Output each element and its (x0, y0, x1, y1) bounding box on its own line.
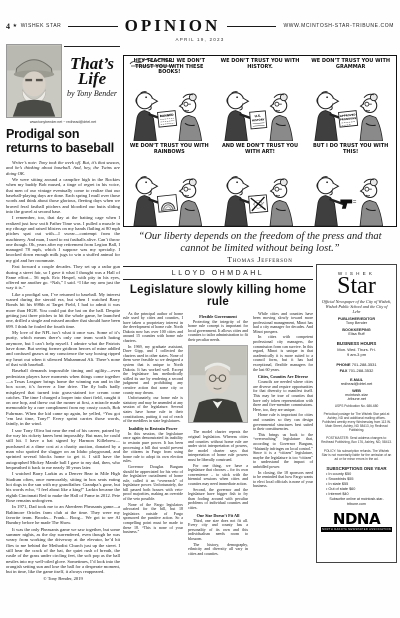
subheading: Flexible Government (188, 314, 248, 319)
phone-number: 701-288-3531 (352, 362, 377, 367)
fax-label: FAX (340, 368, 348, 373)
postage-notice: Periodical postage for The Wishek Star p… (321, 413, 392, 433)
article-column-1: As the principal author of home rule use… (123, 312, 183, 558)
star-icon: ★ (13, 23, 18, 29)
paragraph: Councils are needed where cities are div… (253, 380, 313, 412)
page-header: 4 ★ WISHEK STAR OPINION WWW.MCINTOSH-STA… (6, 16, 394, 42)
quote-attribution: Thomas Jefferson (123, 255, 397, 264)
cartoon-panel-rainbows: WE DON’T TRUST YOU WITH RAINBOWS (124, 141, 215, 226)
panel-figures: U.S. HISTORY (215, 84, 304, 141)
panel-figures (124, 169, 213, 226)
tony-bender-photo (6, 44, 62, 118)
article-headline: Legislature slowly killing home rule (123, 284, 313, 308)
paragraph: Home rule is important for cities and co… (253, 413, 313, 431)
rainbow-sign (157, 195, 177, 213)
usps-line: USPS Publication No. 686-680 (321, 405, 392, 409)
page-number: 4 (6, 22, 11, 31)
paragraph: Writer’s note: Tony took the week off. B… (6, 160, 120, 176)
paragraph: Third, one size does not fit all. Every … (188, 519, 248, 542)
panel-caption: BUT I DO TRUST YOU WITH THIS! (305, 141, 396, 155)
paragraph: None of the Fargo legislators advocated … (123, 503, 183, 535)
panel-caption: AND WE DON’T TRUST YOU WITH ART! (215, 141, 306, 155)
paragraph: I watched Barry Larkin as a Denver Bear … (6, 471, 120, 503)
hours-time: 9 am-3 pm (321, 352, 392, 357)
ndna-tagline: NORTH DAKOTA NEWSPAPER ASSOCIATION (321, 527, 392, 532)
paragraph: In 1969, my graduate assistant, Dave Gip… (123, 345, 183, 396)
paragraph: Protecting the integrity of the home rul… (188, 320, 248, 343)
paragraph: Like a prodigal son, I’ve returned to ba… (6, 292, 120, 329)
thats-life-column: That’s Life by Tony Bender www.tonybende… (6, 44, 120, 581)
panel-figures: APPROVED PRONOUNS (305, 84, 394, 141)
phone-label: PHONE (336, 362, 350, 367)
lloyd-ohmdahl-photo (188, 345, 248, 423)
newspaper-page: 4 ★ WISHEK STAR OPINION WWW.MCINTOSH-STA… (0, 0, 400, 618)
cartoon-panel-gun: BUT I DO TRUST YOU WITH THIS! (305, 141, 396, 226)
svg-text:U.S.: U.S. (254, 114, 261, 119)
column-title-line2: Life (64, 71, 120, 86)
email-address: redhead@drtel.net (321, 382, 392, 386)
quote-text: “Our liberty depends on the freedom of t… (123, 231, 397, 254)
cartoon-panel-grammar: WE DON’T TRUST YOU WITH GRAMMAR APPROVED… (305, 56, 396, 141)
column-byline: by Tony Bender (64, 89, 120, 98)
hours-days: Mon. Wed. Thurs. Fri. (321, 347, 392, 352)
header-rule-left (68, 26, 117, 27)
cartoon-panel-history: WE DON’T TRUST YOU WITH HISTORY. U.S. HI… (215, 56, 306, 141)
fax-line: FAX 701-288-3532 (321, 368, 392, 373)
bookkeeping-name: Elisa Ruff (321, 332, 392, 336)
article-column-2: Flexible GovernmentProtecting the integr… (188, 312, 248, 558)
paragraph: I remember, too, that day at the batting… (6, 215, 120, 263)
paragraph: As the principal author of home rule use… (123, 312, 183, 344)
paragraph: This brings us back to the “overreaching… (253, 433, 313, 470)
cartoonist-signature (128, 58, 180, 67)
ndna-wordmark: NDNA (321, 512, 392, 526)
folio-left: 4 ★ WISHEK STAR (6, 22, 61, 31)
section-title: OPINION (125, 16, 221, 36)
panel-caption: WE DON’T TRUST YOU WITH RAINBOWS (124, 141, 215, 155)
us-history-book: U.S. HISTORY (249, 111, 266, 129)
subheading: One Size Doesn’t Fit All (188, 513, 248, 518)
cartoon-panel-books: HEY TEACHER! WE DON’T TRUST YOU WITH THE… (124, 56, 215, 141)
paragraph: In this session, the legislature once ag… (123, 432, 183, 464)
panel-figures (305, 169, 394, 226)
fax-number: 701-288-3532 (348, 368, 373, 373)
paragraph: In 1971, Dad took me to an Aberdeen Phea… (6, 504, 120, 525)
panel-figures: BANNED (124, 84, 213, 141)
paragraph: For one thing, we have a legislature tha… (188, 464, 248, 487)
paragraph: • Internet $40 (326, 492, 392, 497)
paragraph: The history, demography, ethnicity and d… (188, 543, 248, 557)
subscriptions-title: SUBSCRIPTIONS ONE YEAR (321, 466, 392, 471)
paragraph: Governor Douglas Burgum should be apprec… (123, 465, 183, 502)
masthead-title: Star (321, 276, 392, 297)
jefferson-quote: “Our liberty depends on the freedom of t… (123, 231, 397, 264)
paper-name: WISHEK STAR (21, 23, 62, 29)
article-column-3: While cities and counties have been movi… (253, 312, 313, 558)
cartoon-panel-art: AND WE DON’T TRUST YOU WITH ART! (215, 141, 306, 226)
home-rule-article: LLOYD OHMDAHL Legislature slowly killing… (123, 266, 313, 557)
crossed-art-sign (248, 195, 267, 213)
banned-list-sign: BANNED (158, 111, 177, 128)
byline-rule-bottom (123, 279, 313, 280)
paragraph: We were sitting around a campfire high i… (6, 177, 120, 214)
paragraph: The model charter repeats the original l… (188, 430, 248, 462)
masthead-box: WISHEK Star Official Newspaper of the Ci… (316, 264, 397, 563)
paragraph: My love of the NFL isn’t what it once wa… (6, 330, 120, 367)
paragraph: I saw Tony Oliva bat near the end of his… (6, 428, 120, 470)
left-article-body: Writer’s note: Tony took the week off. B… (6, 160, 120, 574)
subheading: Inability to Restrain Power (123, 426, 183, 431)
website-url: WWW.MCINTOSH-STAR-TRIBUNE.COM (283, 23, 394, 29)
copyright-line: © Tony Bender, 2019 (6, 576, 120, 581)
author-contact-line: www.tonybender.net ~ redhead@drtel.net (6, 120, 120, 124)
subscribe-note: Subscribe online at mcintosh-star-tribun… (321, 497, 392, 506)
paragraph: It was the only Pheasants game we saw to… (6, 527, 120, 575)
paragraph: Fast forward a couple decades. They set … (6, 264, 120, 290)
paragraph: While cities and counties have been movi… (253, 312, 313, 335)
thats-life-title-block: That’s Life by Tony Bender (64, 46, 120, 118)
publisher-name: Tony Bender (321, 321, 392, 325)
column-2-top: Flexible GovernmentProtecting the integr… (188, 314, 248, 343)
approved-pronouns-sign: APPROVED PRONOUNS (339, 111, 358, 128)
panel-caption: WE DON’T TRUST YOU WITH GRAMMAR (305, 56, 396, 70)
postmaster-notice: POSTMASTER: Send address changes to: Red… (321, 437, 392, 445)
hours-label: BUSINESS HOURS (321, 341, 392, 346)
web-address-line2: -tribune.net (321, 397, 392, 401)
ndna-logo: NDNA NORTH DAKOTA NEWSPAPER ASSOCIATION (321, 512, 392, 532)
left-article-headline: Prodigal son returns to baseball (6, 128, 120, 155)
paragraph: In closing, the 18 sponsors need to be r… (253, 471, 313, 489)
issue-date: APRIL 19, 2023 (6, 37, 394, 42)
paragraph: Baseball demands impossible timing and a… (6, 368, 120, 426)
policy-notice: POLICY: No subscription refunds. The Wis… (321, 450, 392, 462)
paragraph: Unfortunately, our home rule is statutor… (123, 396, 183, 424)
header-rule-right (227, 26, 276, 27)
panel-figures (215, 169, 304, 226)
paragraph: In cities with competent professional ci… (253, 335, 313, 372)
editorial-cartoon: HEY TEACHER! WE DON’T TRUST YOU WITH THE… (123, 55, 397, 227)
masthead-subtitle: Official Newspaper of the City of Wishek… (321, 299, 392, 314)
panel-caption: WE DON’T TRUST YOU WITH HISTORY. (215, 56, 306, 70)
article-byline: LLOYD OHMDAHL (123, 267, 313, 279)
phone-line: PHONE 701-288-3531 (321, 362, 392, 367)
column-2-bottom: The model charter repeats the original l… (188, 430, 248, 556)
subscription-rates: • In county $50• Snowbirds $55• In state… (321, 472, 392, 496)
paragraph: Second, the governor and the legislature… (188, 488, 248, 511)
